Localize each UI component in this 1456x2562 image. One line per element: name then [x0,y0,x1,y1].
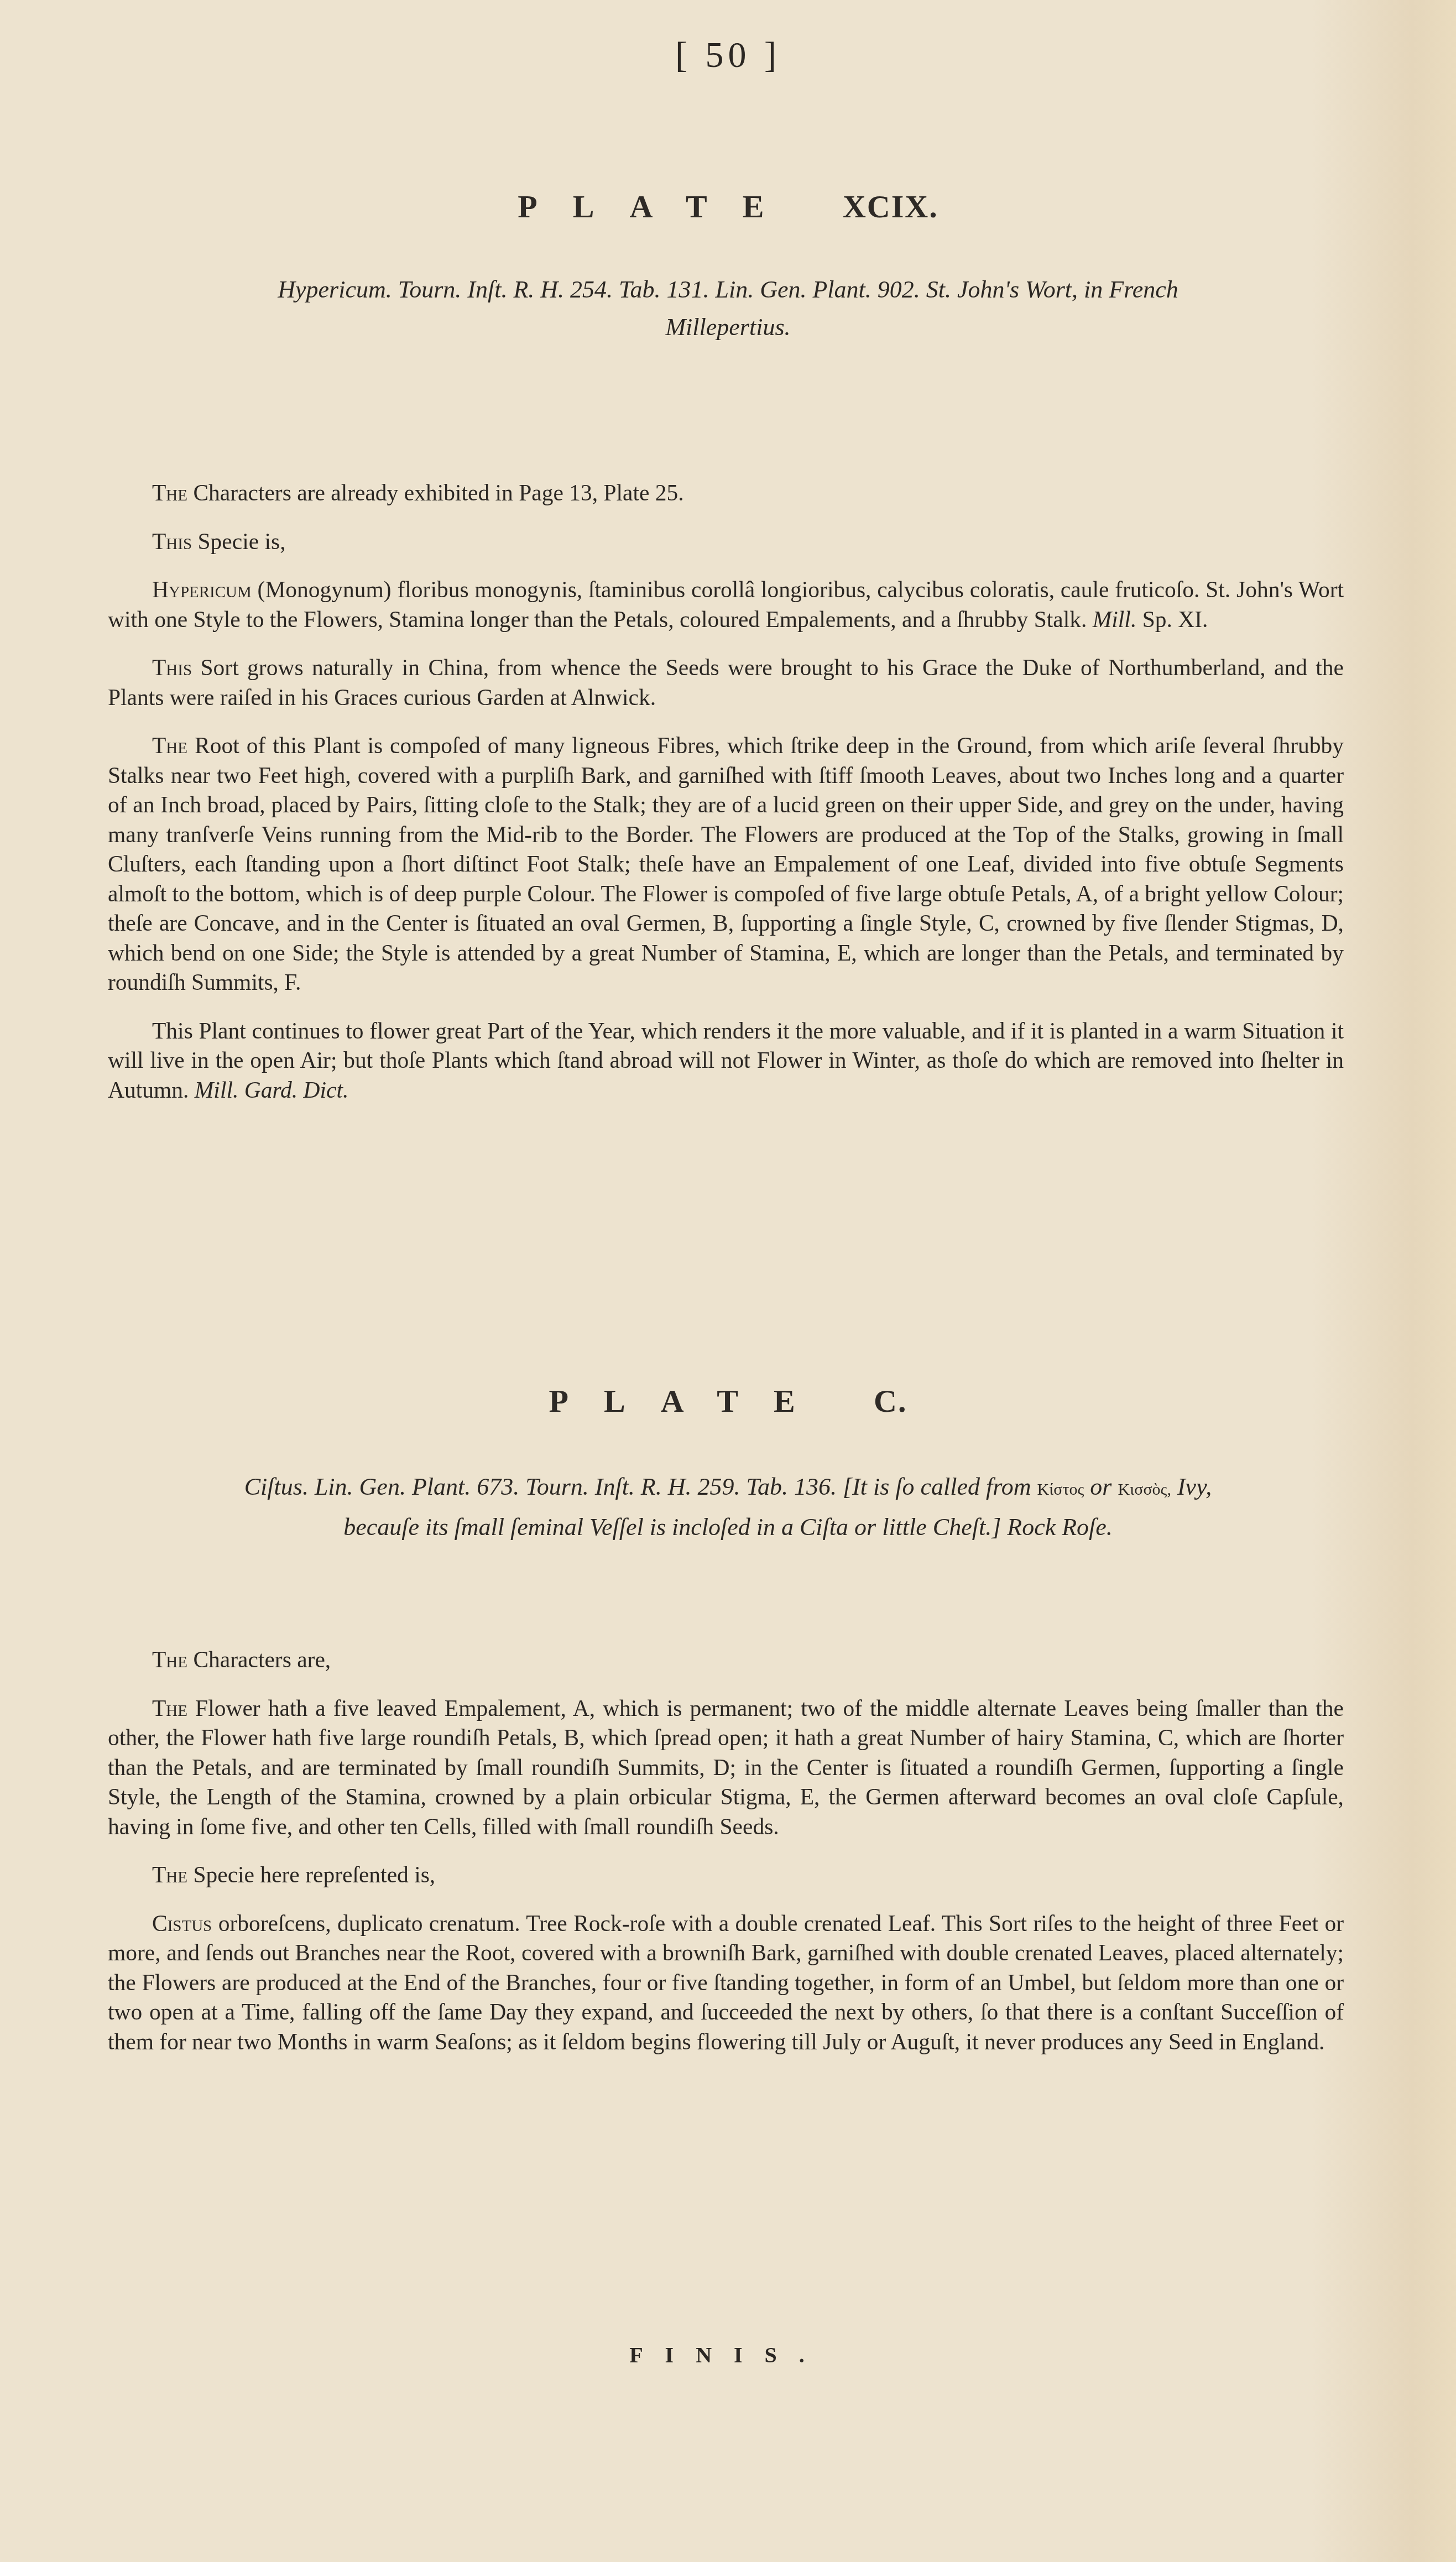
plate-99-heading: PLATE XCIX. [0,188,1456,225]
book-page: [ 50 ] PLATE XCIX. Hypericum. Tourn. Inſ… [0,0,1456,2562]
plate-99-paragraph: This Specie is, [108,527,1344,557]
plate-100-paragraph: Cistus orboreſcens, duplicato crenatum. … [108,1909,1344,2057]
plate-99-reference: Hypericum. Tourn. Inſt. R. H. 254. Tab. … [22,271,1434,346]
greek-word: Κίστος [1037,1480,1084,1499]
plate-100-paragraph: The Flower hath a five leaved Empalement… [108,1694,1344,1842]
citation: Mill. Gard. Dict. [195,1077,349,1103]
plate-100-paragraph: The Characters are, [108,1645,1344,1675]
plate-100-heading: PLATE C. [0,1382,1456,1420]
plate-99-paragraph: The Characters are already exhibited in … [108,478,1344,508]
plate-99-reference-line-1: Hypericum. Tourn. Inſt. R. H. 254. Tab. … [22,271,1434,309]
plate-100-reference-line-1: Ciſtus. Lin. Gen. Plant. 673. Tourn. Inſ… [22,1468,1434,1509]
plate-100-paragraph: The Specie here repreſented is, [108,1860,1344,1890]
plate-100-reference-line-2: becauſe its ſmall ſeminal Veſſel is incl… [22,1509,1434,1546]
greek-word: Κισσὸς, [1118,1480,1171,1499]
page-number: [ 50 ] [0,34,1456,76]
plate-99-paragraph: Hypericum (Monogynum) floribus monogynis… [108,575,1344,634]
plate-100-body: The Characters are, The Flower hath a fi… [108,1645,1344,2057]
plate-99-paragraph: The Root of this Plant is compoſed of ma… [108,731,1344,998]
plate-100-heading-word: PLATE [549,1383,831,1419]
citation: Mill. [1093,607,1137,632]
finis-mark: FINIS. [0,2342,1456,2368]
plate-99-paragraph: This Sort grows naturally in China, from… [108,653,1344,712]
plate-100-heading-number: C. [874,1383,907,1419]
plate-99-body: The Characters are already exhibited in … [108,478,1344,1105]
plate-99-heading-number: XCIX. [843,189,938,225]
plate-99-heading-word: PLATE [518,189,799,225]
plate-99-paragraph: This Plant continues to flower great Par… [108,1016,1344,1105]
plate-100-reference: Ciſtus. Lin. Gen. Plant. 673. Tourn. Inſ… [22,1468,1434,1546]
plate-99-reference-line-2: Millepertius. [22,309,1434,346]
